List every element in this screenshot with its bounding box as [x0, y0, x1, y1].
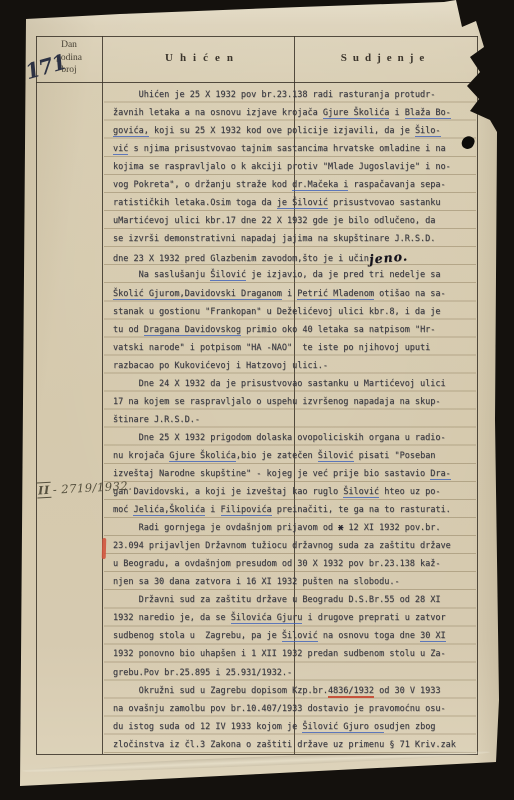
typed-text: Državni sud za zaštitu države u Beogradu…	[113, 595, 441, 605]
underlined-text: Gjure Školića	[169, 451, 236, 462]
typed-text: Dne 25 X 1932 prigodom dolaska ovopolici…	[113, 433, 446, 443]
typed-text: štinare J.R.S.D.-	[113, 415, 200, 425]
underlined-text: Šilović	[343, 487, 379, 498]
underlined-text: 30 XI	[420, 631, 446, 642]
typed-text: ,bio je zatečen	[236, 451, 318, 461]
typed-line: kojima se raspravljalo o k akciji protiv…	[113, 158, 463, 176]
typed-line: Uhićen je 25 X 1932 pov br.23.138 radi r…	[113, 86, 463, 104]
typed-text: razbacao po Kukovićevoj i Hatzovoj ulici…	[113, 361, 328, 371]
underlined-text: dr.Mačeka i	[292, 180, 348, 191]
typed-text: na osnovu toga dne	[318, 631, 420, 641]
typed-text: du istog suda od 12 IV 1933 kojom je	[113, 722, 302, 732]
typed-text: preinačiti, te ga na to rasturati.	[272, 505, 451, 515]
typed-line: 23.094 prijavljen Državnom tužiocu držav…	[113, 537, 463, 555]
typed-text: izveštaj Narodne skupštine" - kojeg je v…	[113, 469, 430, 479]
typed-text: i	[282, 289, 297, 299]
typed-line: Okružni sud u Zagrebu dopisom Kzp.br.483…	[113, 682, 463, 700]
typed-text-block: Uhićen je 25 X 1932 pov br.23.138 radi r…	[113, 86, 463, 754]
typed-line: du istog suda od 12 IV 1933 kojom je Šil…	[113, 718, 463, 736]
typed-text: pisati "Poseban	[354, 451, 436, 461]
typed-line: Na saslušanju Šilović je izjavio, da je …	[113, 266, 463, 284]
typed-line: tu od Dragana Davidovskog primio oko 40 …	[113, 321, 463, 339]
typed-text: prisustvovao sastanku	[328, 198, 441, 208]
scan-background: Dan godina broj Uhićen Sudjenje Uhićen j…	[0, 0, 514, 800]
underlined-text: Školić Gjurom,	[113, 289, 185, 300]
typed-text: Radi gornjega je ovdašnjom prijavom od	[113, 523, 338, 533]
typed-text: gan Davidovski, a koji je izveštaj kao r…	[113, 487, 343, 497]
typed-text: i drugove preprati u zatvor	[302, 613, 445, 623]
typed-text: od 30 V 1933	[374, 686, 441, 696]
typed-text: moć	[113, 505, 133, 515]
typed-text: 1932 naredio je, da se	[113, 613, 231, 623]
typed-text: na ovašnju zamolbu pov br.10.407/1933 do…	[113, 704, 446, 714]
underlined-text: Jelića,Školića	[133, 505, 205, 516]
handwritten-case-roman: II	[37, 482, 52, 499]
typed-text: 23.094 prijavljen Državnom tužiocu držav…	[113, 541, 451, 551]
typed-line: Dne 24 X 1932 da je prisustvovao sastank…	[113, 375, 463, 393]
column-header-trial: Sudjenje	[294, 52, 477, 64]
typed-text: vog Pokreta", o držanju straže kod	[113, 180, 292, 190]
typed-text: primio oko 40 letaka sa natpisom "Hr-	[241, 325, 435, 335]
underlined-text: Blaža Bo-	[405, 108, 451, 119]
underlined-text: Šilovića Gjuru	[231, 613, 303, 624]
typed-text: kojima se raspravljalo o k akciji protiv…	[113, 162, 451, 172]
typed-line: gan Davidovski, a koji je izveštaj kao r…	[113, 483, 463, 501]
typed-line: vić s njima prisustvovao tajnim sastanci…	[113, 140, 463, 158]
typed-line: grebu.Pov br.25.895 i 25.931/1932.-	[113, 664, 463, 682]
underlined-text: Davidovski Draganom	[185, 289, 282, 300]
underlined-text: je Šilović	[277, 198, 328, 209]
typed-text: Uhićen je 25 X 1932 pov br.23.138 radi r…	[113, 90, 435, 100]
typed-line: na ovašnju zamolbu pov br.10.407/1933 do…	[113, 700, 463, 718]
typed-text: otišao na sa-	[374, 289, 446, 299]
typed-line: vog Pokreta", o držanju straže kod dr.Ma…	[113, 176, 463, 194]
typed-line: se izvrši demonstrativni napadaj jajima …	[113, 230, 463, 248]
typed-text: se izvrši demonstrativni napadaj jajima …	[113, 234, 435, 244]
typed-text: nu krojača	[113, 451, 169, 461]
typed-text: raspačavanja sepa-	[348, 180, 445, 190]
typed-line: 17 na kojem se raspravljalo o uspehu izv…	[113, 393, 463, 411]
typed-text: grebu.Pov br.25.895 i 25.931/1932.-	[113, 668, 292, 678]
underlined-text: Gjure Školića	[323, 108, 390, 119]
typed-line: uMartićevoj ulici kbr.17 dne 22 X 1932 g…	[113, 212, 463, 230]
typed-line: moć Jelića,Školića i Filipovića preinači…	[113, 501, 463, 519]
table-left-border	[36, 36, 37, 754]
typed-line: sudbenog stola u Zagrebu, pa je Šilović …	[113, 627, 463, 645]
underlined-text: vić	[113, 144, 128, 155]
red-margin-mark	[102, 538, 107, 559]
typed-text: s njima prisustvovao tajnim sastancima h…	[128, 144, 445, 154]
typed-line: Radi gornjega je ovdašnjom prijavom od x…	[113, 519, 463, 537]
typed-text: zločinstva iz čl.3 Zakona o zaštiti drža…	[113, 740, 456, 750]
typed-text: koji su 25 X 1932 kod ove policije izjav…	[149, 126, 415, 136]
typed-text: Na saslušanju	[113, 270, 210, 280]
typed-line: dne 23 X 1932 pred Glazbenim zavodom,što…	[113, 248, 463, 266]
document-paper: Dan godina broj Uhićen Sudjenje Uhićen j…	[0, 0, 514, 800]
typed-text: sudbenog stola u Zagrebu, pa je	[113, 631, 282, 641]
typed-line: 1932 naredio je, da se Šilovića Gjuru i …	[113, 609, 463, 627]
typed-text: njen sa 30 dana zatvora i 16 XI 1932 puš…	[113, 577, 400, 587]
typed-line: 1932 ponovno bio uhapšen i 1 XII 1932 pr…	[113, 645, 463, 663]
table-right-border	[477, 36, 478, 754]
typed-line: žavnih letaka a na osnovu izjave krojača…	[113, 104, 463, 122]
typed-line: razbacao po Kukovićevoj i Hatzovoj ulici…	[113, 357, 463, 375]
typed-text: žavnih letaka a na osnovu izjave krojača	[113, 108, 323, 118]
column-header-arrested: Uhićen	[112, 52, 293, 64]
typed-text: i	[389, 108, 404, 118]
underlined-text: Šilo-	[415, 126, 441, 137]
underlined-text: Šilović	[282, 631, 318, 642]
underlined-text: govića,	[113, 126, 149, 137]
typed-line: štinare J.R.S.D.-	[113, 411, 463, 429]
underlined-text: Dragana Davidovskog	[144, 325, 241, 336]
typed-text: u Beogradu, a ovdašnjom presudom od 30 X…	[113, 559, 441, 569]
typed-text: Okružni sud u Zagrebu dopisom Kzp.br.	[113, 686, 328, 696]
handwritten-folio-number: 171	[22, 49, 68, 84]
typed-line: vatski narode" i potpisom "HA -NAO" te i…	[113, 339, 463, 357]
underlined-text: Dra-	[430, 469, 450, 480]
underlined-text: Filipovića	[221, 505, 272, 516]
typed-line: u Beogradu, a ovdašnjom presudom od 30 X…	[113, 555, 463, 573]
typed-text: 17 na kojem se raspravljalo o uspehu izv…	[113, 397, 441, 407]
typed-line: Dne 25 X 1932 prigodom dolaska ovopolici…	[113, 429, 463, 447]
typed-text: dne 23 X 1932 pred Glazbenim zavodom,što…	[113, 254, 369, 264]
typed-text: 12 XI 1932 pov.br.	[343, 523, 440, 533]
typed-line: govića, koji su 25 X 1932 kod ove polici…	[113, 122, 463, 140]
typed-text: udjen zbog	[384, 722, 435, 732]
underlined-text: Šilović	[318, 451, 354, 462]
typed-text: Dne 24 X 1932 da je prisustvovao sastank…	[113, 379, 446, 389]
typed-text: stanak u gostionu "Frankopan" u Deželiće…	[113, 307, 441, 317]
typed-text: ratističkih letaka.Osim toga da	[113, 198, 277, 208]
typed-text: hteo uz po-	[379, 487, 440, 497]
typed-text: je izjavio, da je pred tri nedelje sa	[246, 270, 440, 280]
typed-line: Školić Gjurom,Davidovski Draganom i Petr…	[113, 285, 463, 303]
table-divider-col1	[102, 36, 103, 754]
typed-line: ratističkih letaka.Osim toga da je Šilov…	[113, 194, 463, 212]
typed-line: izveštaj Narodne skupštine" - kojeg je v…	[113, 465, 463, 483]
typed-text: vatski narode" i potpisom "HA -NAO" te i…	[113, 343, 430, 353]
typed-text: 1932 ponovno bio uhapšen i 1 XII 1932 pr…	[113, 649, 446, 659]
typed-line: stanak u gostionu "Frankopan" u Deželiće…	[113, 303, 463, 321]
underlined-text: 4836/1932	[328, 686, 374, 698]
typed-text: uMartićevoj ulici kbr.17 dne 22 X 1932 g…	[113, 216, 435, 226]
column-header-date-line1: Dan	[36, 39, 102, 52]
typed-text: tu od	[113, 325, 144, 335]
typed-line: njen sa 30 dana zatvora i 16 XI 1932 puš…	[113, 573, 463, 591]
underlined-text: Petrić Mladenom	[297, 289, 374, 300]
typed-line: Državni sud za zaštitu države u Beogradu…	[113, 591, 463, 609]
underlined-text: Šilović	[210, 270, 246, 281]
underlined-text: Šilović Gjuro os	[302, 722, 384, 733]
typed-text: i	[205, 505, 220, 515]
typed-line: nu krojača Gjure Školića,bio je zatečen …	[113, 447, 463, 465]
